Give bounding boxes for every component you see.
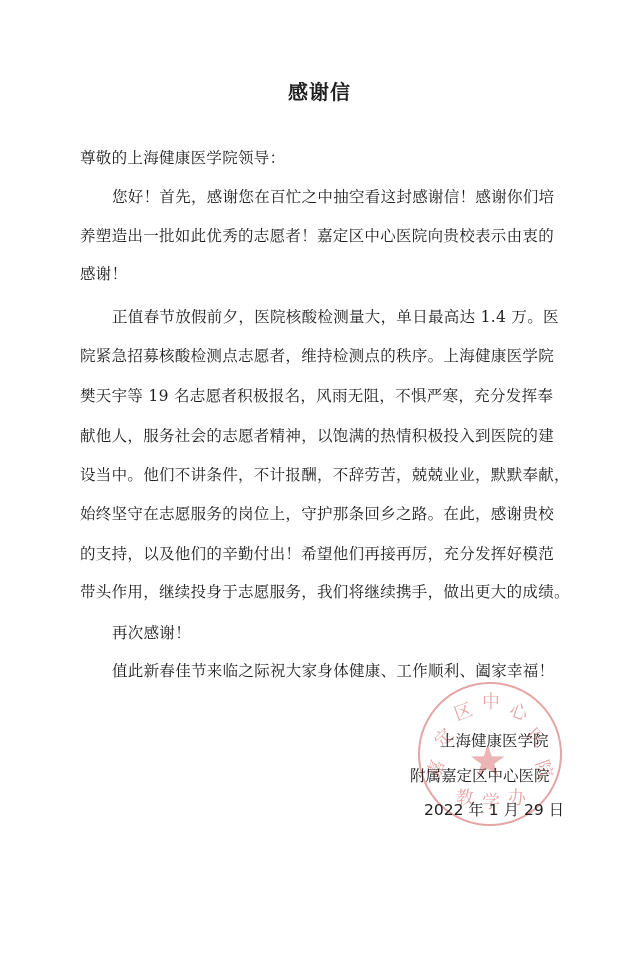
body-line: 樊天宇等 19 名志愿者积极报名，风雨无阻，不惧严寒，充分发挥奉 (80, 384, 553, 406)
body-line: 带头作用，继续投身于志愿服务，我们将继续携手，做出更大的成绩。 (80, 580, 570, 602)
signature-hospital: 附属嘉定区中心医院 (410, 764, 550, 786)
body-line: 献他人，服务社会的志愿者精神，以饱满的热情积极投入到医院的建 (80, 424, 554, 446)
seal-char: 中 (482, 688, 500, 714)
signature-school: 上海健康医学院 (440, 729, 549, 751)
body-line: 始终坚守在志愿服务的岗位上，守护那条回乡之路。在此，感谢贵校 (80, 502, 554, 524)
seal-char: 心 (506, 696, 532, 727)
salutation: 尊敬的上海健康医学院领导： (80, 146, 285, 168)
body-line: 设当中。他们不讲条件，不计报酬，不辞劳苦，兢兢业业，默默奉献， (80, 463, 570, 485)
body-line: 正值春节放假前夕，医院核酸检测量大，单日最高达 1.4 万。医 (112, 305, 559, 327)
body-line: 院紧急招募核酸检测点志愿者，维持检测点的秩序。上海健康医学院 (80, 344, 554, 366)
body-line: 您好！首先，感谢您在百忙之中抽空看这封感谢信！感谢你们培 (112, 185, 554, 207)
letter-title: 感谢信 (0, 76, 639, 105)
signature-date: 2022 年 1 月 29 日 (424, 798, 564, 820)
body-line: 感谢！ (80, 262, 127, 284)
body-line: 的支持，以及他们的辛勤付出！希望他们再接再厉，充分发挥好模范 (80, 542, 554, 564)
body-line: 养塑造出一批如此优秀的志愿者！嘉定区中心医院向贵校表示由衷的 (80, 224, 554, 246)
new-year-wishes: 值此新春佳节来临之际祝大家身体健康、工作顺利、阖家幸福！ (112, 659, 554, 681)
thanks-again: 再次感谢！ (112, 621, 191, 643)
seal-char: 区 (450, 696, 476, 727)
